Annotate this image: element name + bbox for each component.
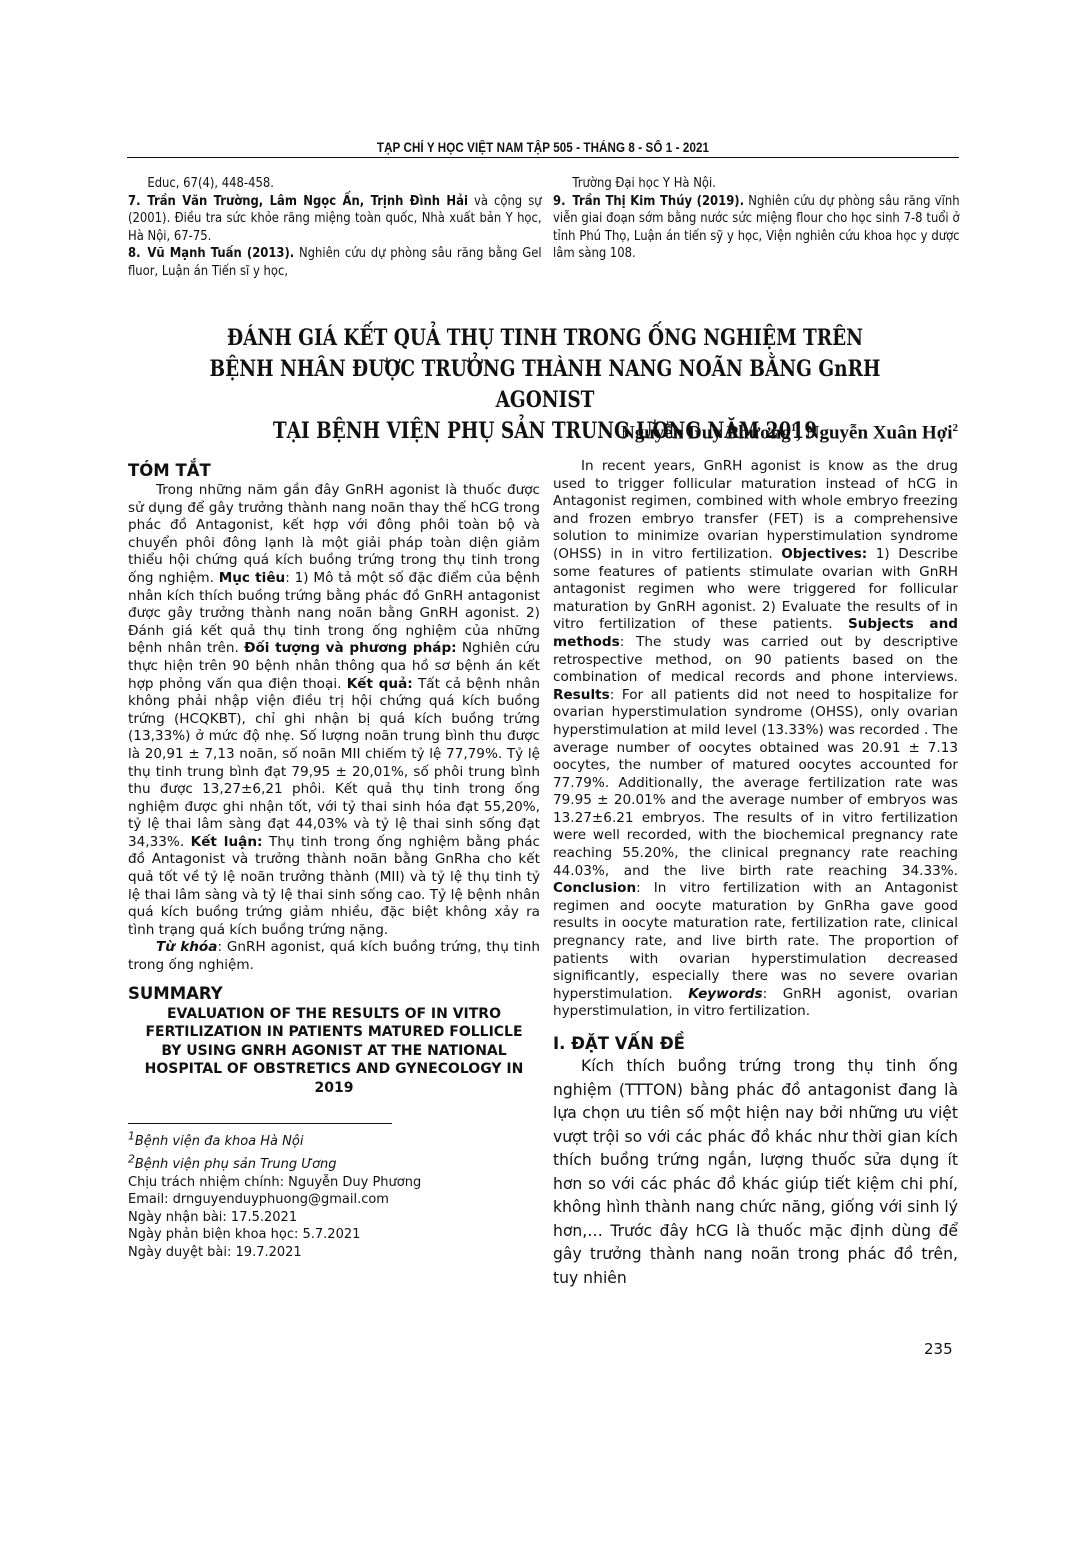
title-line-2: BỆNH NHÂN ĐƯỢC TRƯỞNG THÀNH NANG NOÃN BẰ… — [188, 354, 902, 416]
article-authors: Nguyễn Duy Phương1, Nguyễn Xuân Hợi2 — [621, 422, 958, 444]
references-left-column: Educ, 67(4), 448-458. 7.Trần Văn Trường,… — [128, 175, 540, 281]
results-label: Kết quả: — [347, 676, 413, 692]
introduction-heading: I. ĐẶT VẤN ĐỀ — [553, 1033, 958, 1055]
reference-number: 8. — [128, 245, 147, 263]
affiliation-2: 2Bệnh viện phụ sản Trung Ương — [128, 1151, 540, 1174]
footnote-rule — [128, 1123, 392, 1124]
keywords-label: Keywords — [688, 986, 762, 1002]
results-text: Tất cả bệnh nhân không phải nhập viện đi… — [128, 676, 540, 850]
reference-continuation: Educ, 67(4), 448-458. — [128, 175, 542, 193]
references-right-column: Trường Đại học Y Hà Nội. 9.Trần Thị Kim … — [553, 175, 958, 263]
conclusion-label: Kết luận: — [191, 834, 263, 850]
date-accepted: Ngày duyệt bài: 19.7.2021 — [128, 1244, 540, 1262]
page-number: 235 — [924, 1340, 953, 1358]
references-right-cond: Trường Đại học Y Hà Nội. 9.Trần Thị Kim … — [553, 175, 960, 263]
affiliation-text: Bệnh viện phụ sản Trung Ương — [135, 1157, 337, 1172]
title-line-1: ĐÁNH GIÁ KẾT QUẢ THỤ TINH TRONG ỐNG NGHI… — [188, 323, 902, 354]
footnotes: 1Bệnh viện đa khoa Hà Nội 2Bệnh viện phụ… — [128, 1128, 540, 1261]
objectives-label: Objectives: — [781, 546, 867, 562]
abstract-en-body: In recent years, GnRH agonist is know as… — [553, 458, 958, 1021]
abstract-right-column: In recent years, GnRH agonist is know as… — [553, 458, 958, 1290]
reference-authors: Trần Thị Kim Thúy (2019). — [572, 194, 744, 209]
author-name: Nguyễn Duy Phương — [621, 422, 791, 443]
date-reviewed: Ngày phản biện khoa học: 5.7.2021 — [128, 1226, 540, 1244]
affiliation-mark: 2 — [128, 1153, 135, 1166]
author-name: Nguyễn Xuân Hợi — [806, 422, 953, 443]
reference-number: 7. — [128, 193, 147, 211]
journal-page: TẠP CHÍ Y HỌC VIỆT NAM TẬP 505 - THÁNG 8… — [0, 0, 1090, 1541]
introduction-body: Kích thích buồng trứng trong thụ tinh ốn… — [553, 1055, 958, 1290]
objective-label: Mục tiêu — [219, 570, 286, 586]
abstract-vi-heading: TÓM TẮT — [128, 460, 540, 482]
affiliation-1: 1Bệnh viện đa khoa Hà Nội — [128, 1128, 540, 1151]
date-received: Ngày nhận bài: 17.5.2021 — [128, 1209, 540, 1227]
results-label: Results — [553, 687, 610, 703]
reference-number: 9. — [553, 193, 572, 211]
reference-continuation: Trường Đại học Y Hà Nội. — [553, 175, 960, 193]
summary-heading: SUMMARY — [128, 983, 540, 1005]
summary-title: EVALUATION OF THE RESULTS OF IN VITRO FE… — [128, 1005, 540, 1098]
reference-authors: Trần Văn Trường, Lâm Ngọc Ấn, Trịnh Đình… — [147, 194, 468, 209]
author-affiliation-mark: 2 — [953, 422, 959, 434]
affiliation-mark: 1 — [128, 1130, 135, 1143]
abstract-vi-keywords: Từ khóa: GnRH agonist, quá kích buồng tr… — [128, 939, 540, 974]
reference-item-9: 9.Trần Thị Kim Thúy (2019). Nghiên cứu d… — [553, 193, 960, 263]
reference-item-8: 8.Vũ Mạnh Tuấn (2013). Nghiên cứu dự phò… — [128, 245, 542, 280]
results-text: : For all patients did not need to hospi… — [553, 687, 958, 879]
abstract-left-column: TÓM TẮT Trong những năm gần đây GnRH ago… — [128, 460, 540, 1261]
methods-label: Đối tượng và phương pháp: — [244, 640, 457, 656]
conclusion-label: Conclusion — [553, 880, 636, 896]
affiliation-text: Bệnh viện đa khoa Hà Nội — [135, 1134, 304, 1149]
conclusion-text: : In vitro fertilization with an Antagon… — [553, 880, 958, 1002]
author-separator: , — [796, 422, 806, 443]
header-rule — [127, 157, 959, 158]
references-left-cond: Educ, 67(4), 448-458. 7.Trần Văn Trường,… — [128, 175, 542, 281]
corresponding-author: Chịu trách nhiệm chính: Nguyễn Duy Phươn… — [128, 1174, 540, 1192]
email: Email: drnguyenduyphuong@gmail.com — [128, 1191, 540, 1209]
abstract-vi-body: Trong những năm gần đây GnRH agonist là … — [128, 482, 540, 939]
reference-authors: Vũ Mạnh Tuấn (2013). — [147, 246, 294, 261]
journal-running-header: TẠP CHÍ Y HỌC VIỆT NAM TẬP 505 - THÁNG 8… — [185, 140, 901, 155]
keywords-label: Từ khóa — [156, 939, 217, 955]
reference-item-7: 7.Trần Văn Trường, Lâm Ngọc Ấn, Trịnh Đì… — [128, 193, 542, 246]
